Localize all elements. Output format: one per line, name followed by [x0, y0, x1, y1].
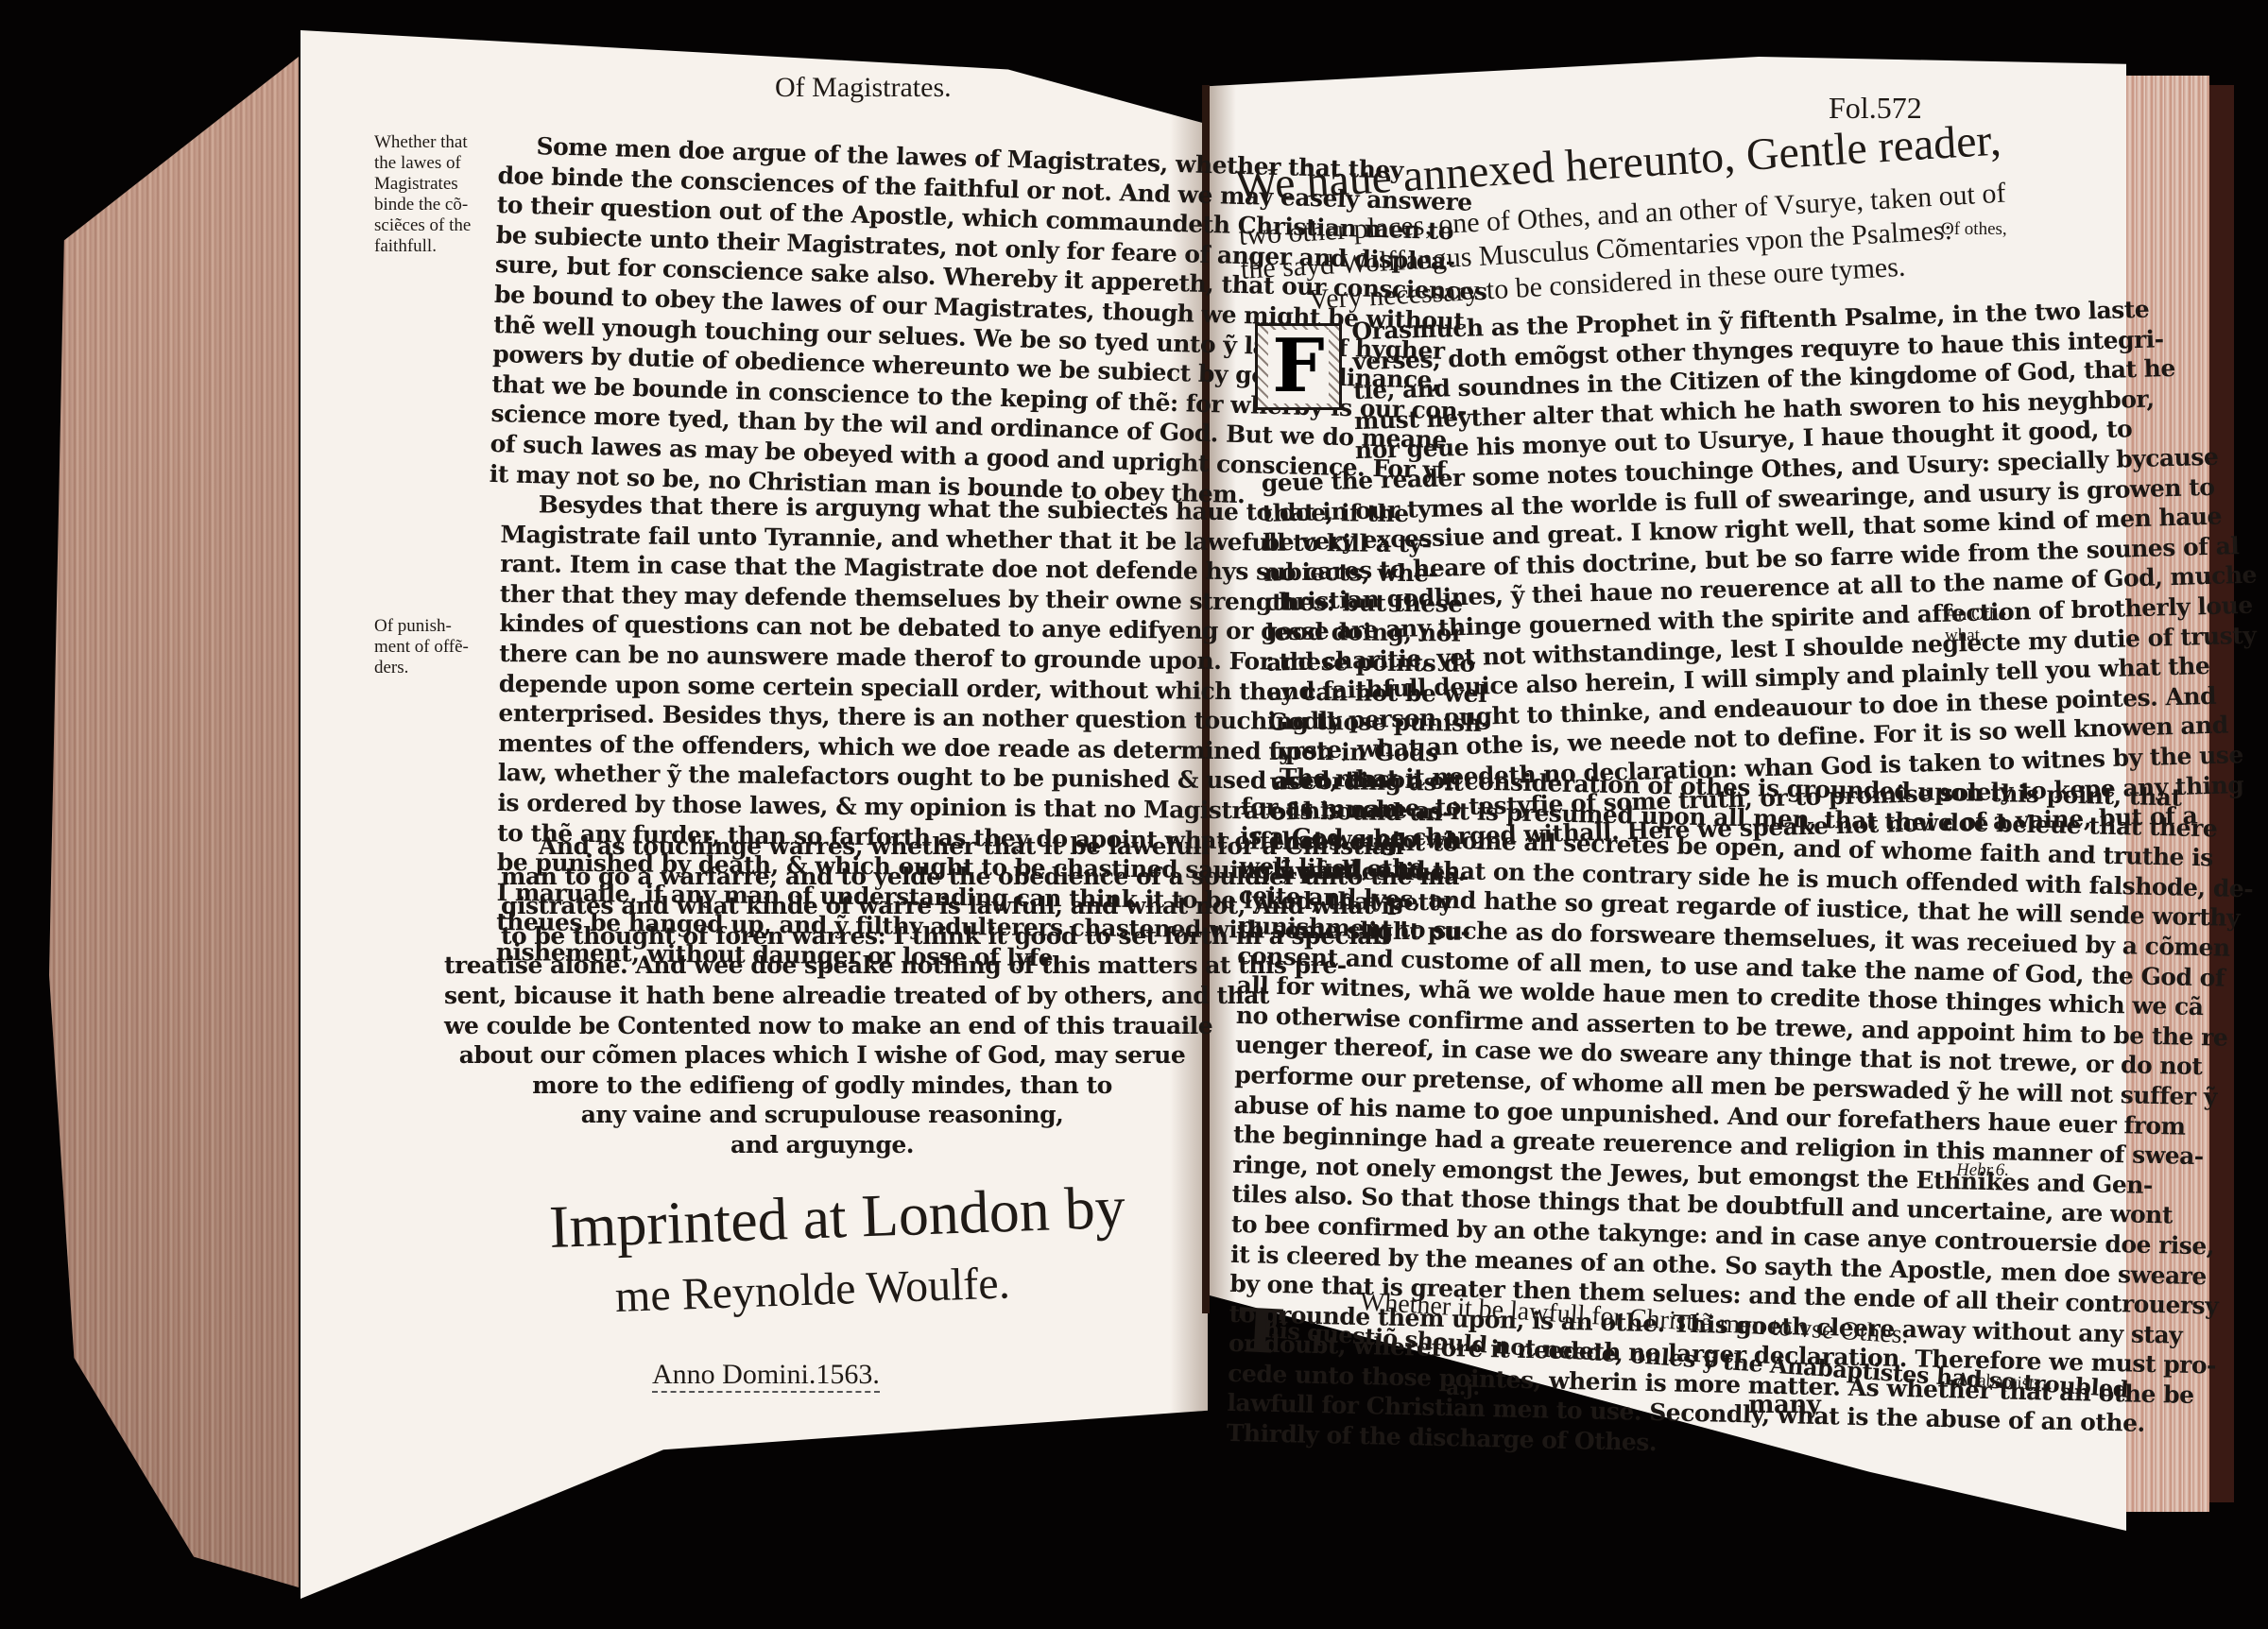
margin-note-line: ders.	[374, 658, 469, 678]
text-line: about our cõmen places which I wishe of …	[444, 1040, 1200, 1071]
signature-mark: a.j.	[1446, 1376, 1480, 1400]
text-line: man to go a warfarre, and to yelde the o…	[444, 862, 1200, 892]
left-paragraph-3: And as touchinge warres, whether that it…	[444, 832, 1200, 1160]
margin-note-othes: Of othes,	[1941, 219, 2007, 240]
margin-note-hebrews: Hebr.6.	[1956, 1160, 2009, 1181]
running-head: Of Magistrates.	[775, 72, 952, 104]
margin-note-line: the lawes of	[374, 153, 471, 174]
text-line: more to the edifieng of godly mindes, th…	[444, 1071, 1200, 1101]
left-fore-edge	[49, 57, 299, 1587]
margin-note-line: sciẽces of the	[374, 215, 471, 236]
text-line: and arguynge.	[444, 1130, 1200, 1160]
margin-note-line: Magistrates	[374, 174, 471, 195]
margin-note-punishment: Of punish- ment of offẽ- ders.	[374, 616, 469, 678]
text-line: we coulde be Contented now to make an en…	[444, 1011, 1200, 1041]
margin-note-line: faithfull.	[374, 236, 471, 257]
margin-note-line: Whether that	[374, 132, 471, 153]
margin-note-line: Of punish-	[374, 616, 469, 637]
colophon-date: Anno Domini.1563.	[652, 1359, 880, 1393]
text-line: treatise alone. And wee doe speake nothi…	[444, 951, 1200, 981]
margin-note-line: binde the cõ-	[374, 195, 471, 215]
text-line: sent, bicause it hath bene alreadie trea…	[444, 981, 1200, 1011]
margin-note-lawes: Whether that the lawes of Magistrates bi…	[374, 132, 471, 257]
catchword: many	[1748, 1391, 1820, 1419]
margin-note-othe-what: An Othe what.	[1945, 605, 2020, 646]
text-line: gistrates and what kinde of warre is law…	[444, 891, 1200, 921]
margin-note-line: ment of offẽ-	[374, 637, 469, 658]
text-line: any vaine and scrupulouse reasoning,	[444, 1100, 1200, 1130]
text-line: And as touchinge warres, whether that it…	[444, 832, 1200, 862]
text-line: to be thought of foren warres: I think i…	[444, 921, 1200, 952]
